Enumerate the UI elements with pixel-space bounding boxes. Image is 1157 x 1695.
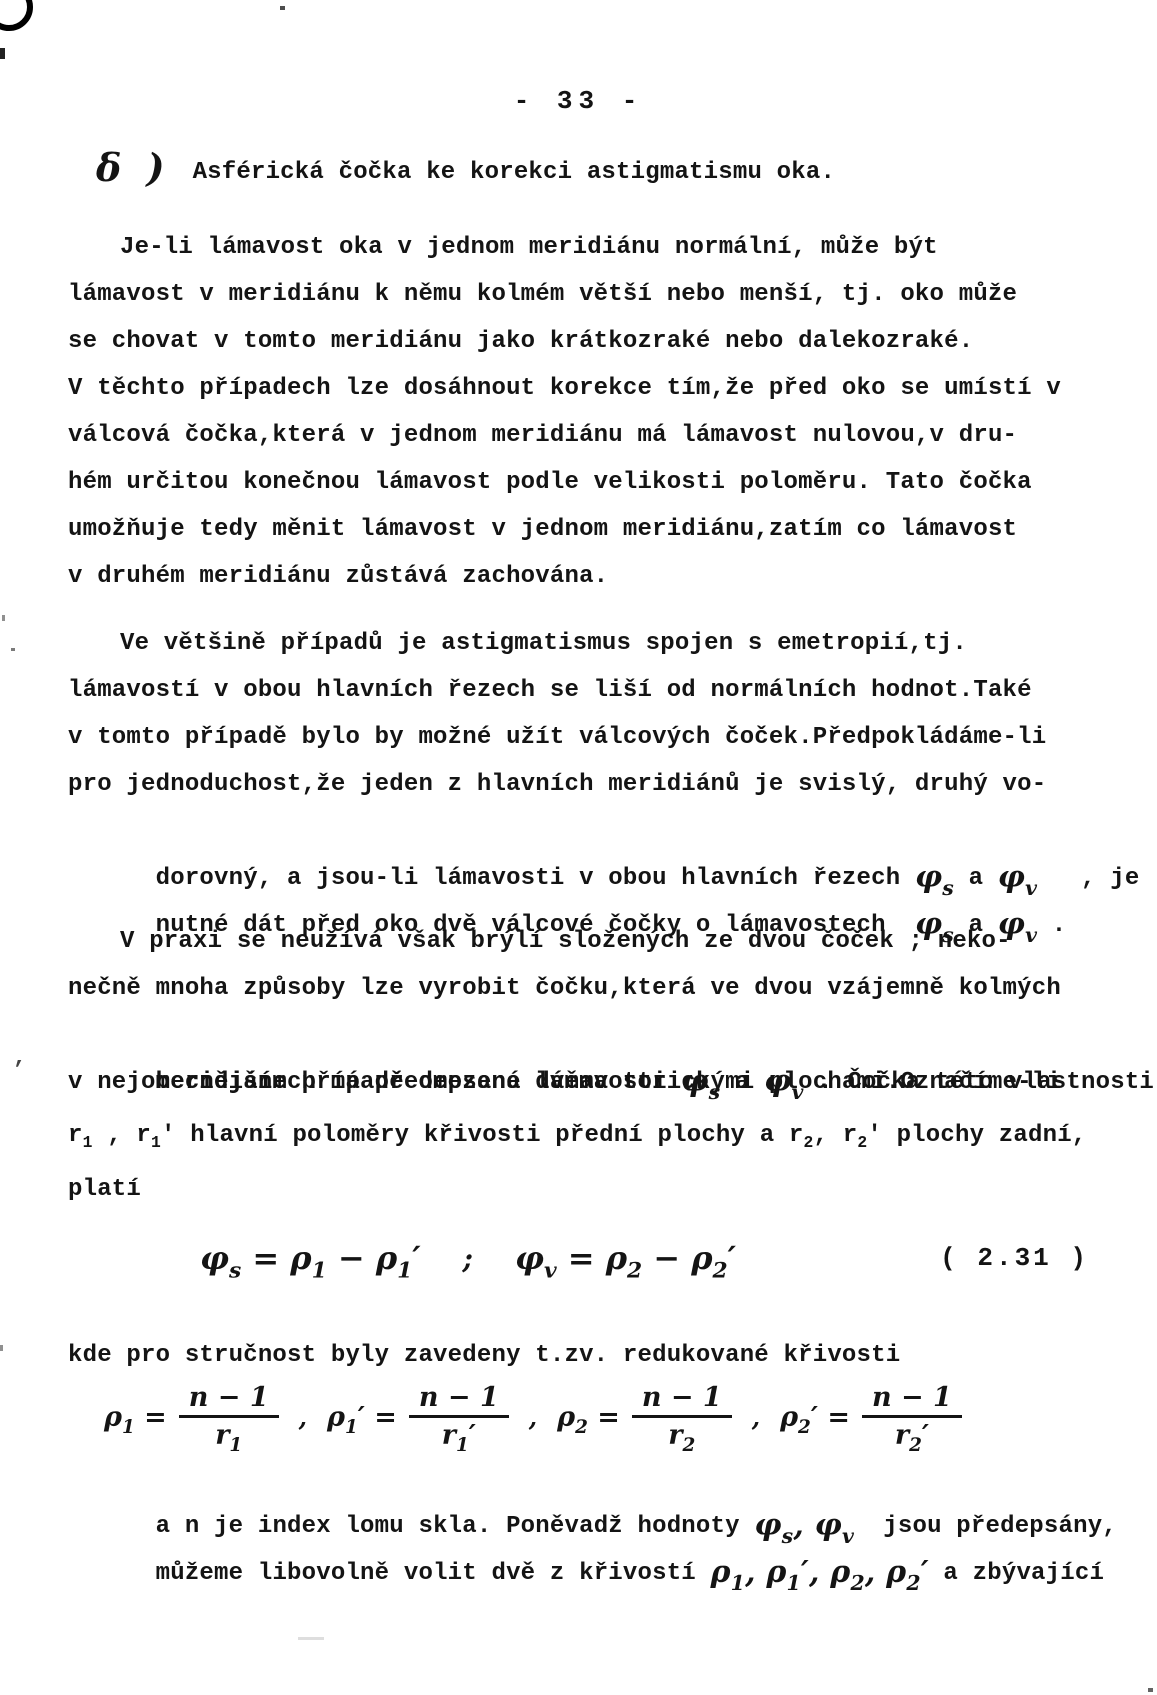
text-line: lámavostí v obou hlavních řezech se liší… <box>68 667 1117 714</box>
equation-left: φs = ρ1 − ρ1′ <box>200 1239 421 1277</box>
rho1-prime-lead: ρ1′ = <box>327 1402 397 1433</box>
text-line: v nejobecnějším případě omezena dvěma to… <box>68 1059 1117 1106</box>
text-segment: , je <box>1037 865 1139 892</box>
text-segment: jsou předepsány, <box>854 1513 1117 1540</box>
scan-artifact <box>1148 1688 1153 1692</box>
text-segment: můžeme libovolně volit dvě z křivostí <box>156 1560 711 1587</box>
rho2-lead: ρ2 = <box>557 1402 620 1433</box>
text-line: Ve většině případů je astigmatismus spoj… <box>68 620 1117 667</box>
rho1-lead: ρ1 = <box>104 1402 167 1433</box>
equation-separator: ; <box>463 1242 473 1275</box>
text-segment: a n je index lomu skla. Poněvadž hodnoty <box>156 1513 755 1540</box>
scan-artifact <box>298 1637 324 1640</box>
rho-symbols: ρ1, ρ1′, ρ2, ρ2′ <box>711 1555 929 1590</box>
text-segment: a <box>954 865 998 892</box>
scan-artifact <box>2 615 5 621</box>
text-line: nečně mnoha způsoby lze vyrobit čočku,kt… <box>68 965 1117 1012</box>
text-line: V praxi se neužívá však brýlí složených … <box>68 918 1117 965</box>
comma-separator: , <box>752 1403 760 1432</box>
text-line: V těchto případech lze dosáhnout korekce… <box>68 365 1117 412</box>
scanned-document-page: ’ - 33 - δ ) Asférická čočka ke korekci … <box>0 0 1157 1695</box>
fraction: n − 1 r2 <box>632 1384 732 1451</box>
phi-symbols: φs, φv <box>754 1508 854 1543</box>
section-title: Asférická čočka ke korekci astigmatismu … <box>193 148 836 186</box>
reduced-curvature-equations: ρ1 = n − 1 r1 , ρ1′ = n − 1 r1′ , ρ2 = n… <box>104 1372 962 1462</box>
text-line: a n je index lomu skla. Poněvadž hodnoty… <box>68 1456 1117 1503</box>
equation-231: φs = ρ1 − ρ1′ ; φv = ρ2 − ρ2′ ( 2.31 ) <box>68 1228 1117 1288</box>
text-line: Je-li lámavost oka v jednom meridiánu no… <box>68 224 1117 271</box>
scan-artifact <box>0 48 5 59</box>
paragraph-2: Ve většině případů je astigmatismus spoj… <box>68 620 1117 902</box>
fraction: n − 1 r1 <box>179 1384 279 1451</box>
text-line: se chovat v tomto meridiánu jako krátkoz… <box>68 318 1117 365</box>
scan-artifact <box>280 6 285 10</box>
section-heading: δ ) Asférická čočka ke korekci astigmati… <box>96 148 835 188</box>
page-number: - 33 - <box>0 86 1157 116</box>
text-line: v druhém meridiánu zůstává zachována. <box>68 553 1117 600</box>
text-line: dorovný, a jsou-li lámavosti v obou hlav… <box>68 808 1117 855</box>
scan-artifact <box>11 648 15 651</box>
text-line-radii: r1 , r1′ hlavní poloměry křivosti přední… <box>68 1106 1117 1166</box>
text-line: v tomto případě bylo by možné užít válco… <box>68 714 1117 761</box>
paragraph-1: Je-li lámavost oka v jednom meridiánu no… <box>68 224 1117 600</box>
text-segment: dorovný, a jsou-li lámavosti v obou hlav… <box>156 865 915 892</box>
comma-separator: , <box>529 1403 537 1432</box>
scan-artifact <box>0 1345 3 1351</box>
rho2-prime-lead: ρ2′ = <box>780 1402 850 1433</box>
delta-marker: δ ) <box>96 148 171 188</box>
fraction: n − 1 r2′ <box>862 1384 962 1451</box>
text-line: lámavost v meridiánu k němu kolmém větší… <box>68 271 1117 318</box>
text-line: umožňuje tedy měnit lámavost v jednom me… <box>68 506 1117 553</box>
text-line: platí <box>68 1166 1117 1213</box>
scan-artifact <box>0 0 33 31</box>
comma-separator: , <box>299 1403 307 1432</box>
text-line: hém určitou konečnou lámavost podle veli… <box>68 459 1117 506</box>
text-segment: a zbývající <box>929 1560 1104 1587</box>
equation-number: ( 2.31 ) <box>940 1243 1089 1273</box>
phi-s-symbol: φs <box>915 860 954 895</box>
phi-v-symbol: φv <box>998 860 1037 895</box>
text-line: pro jednoduchost,že jeden z hlavních mer… <box>68 761 1117 808</box>
fraction: n − 1 r1′ <box>409 1384 509 1451</box>
scan-artifact: ’ <box>12 1058 25 1083</box>
equation-right: φv = ρ2 − ρ2′ <box>515 1239 736 1277</box>
text-line: válcová čočka,která v jednom meridiánu m… <box>68 412 1117 459</box>
text-line: meridiánech má předepsané lámavosti φs a… <box>68 1012 1117 1059</box>
paragraph-3: V praxi se neužívá však brýlí složených … <box>68 918 1117 1213</box>
paragraph-4: a n je index lomu skla. Poněvadž hodnoty… <box>68 1456 1117 1550</box>
